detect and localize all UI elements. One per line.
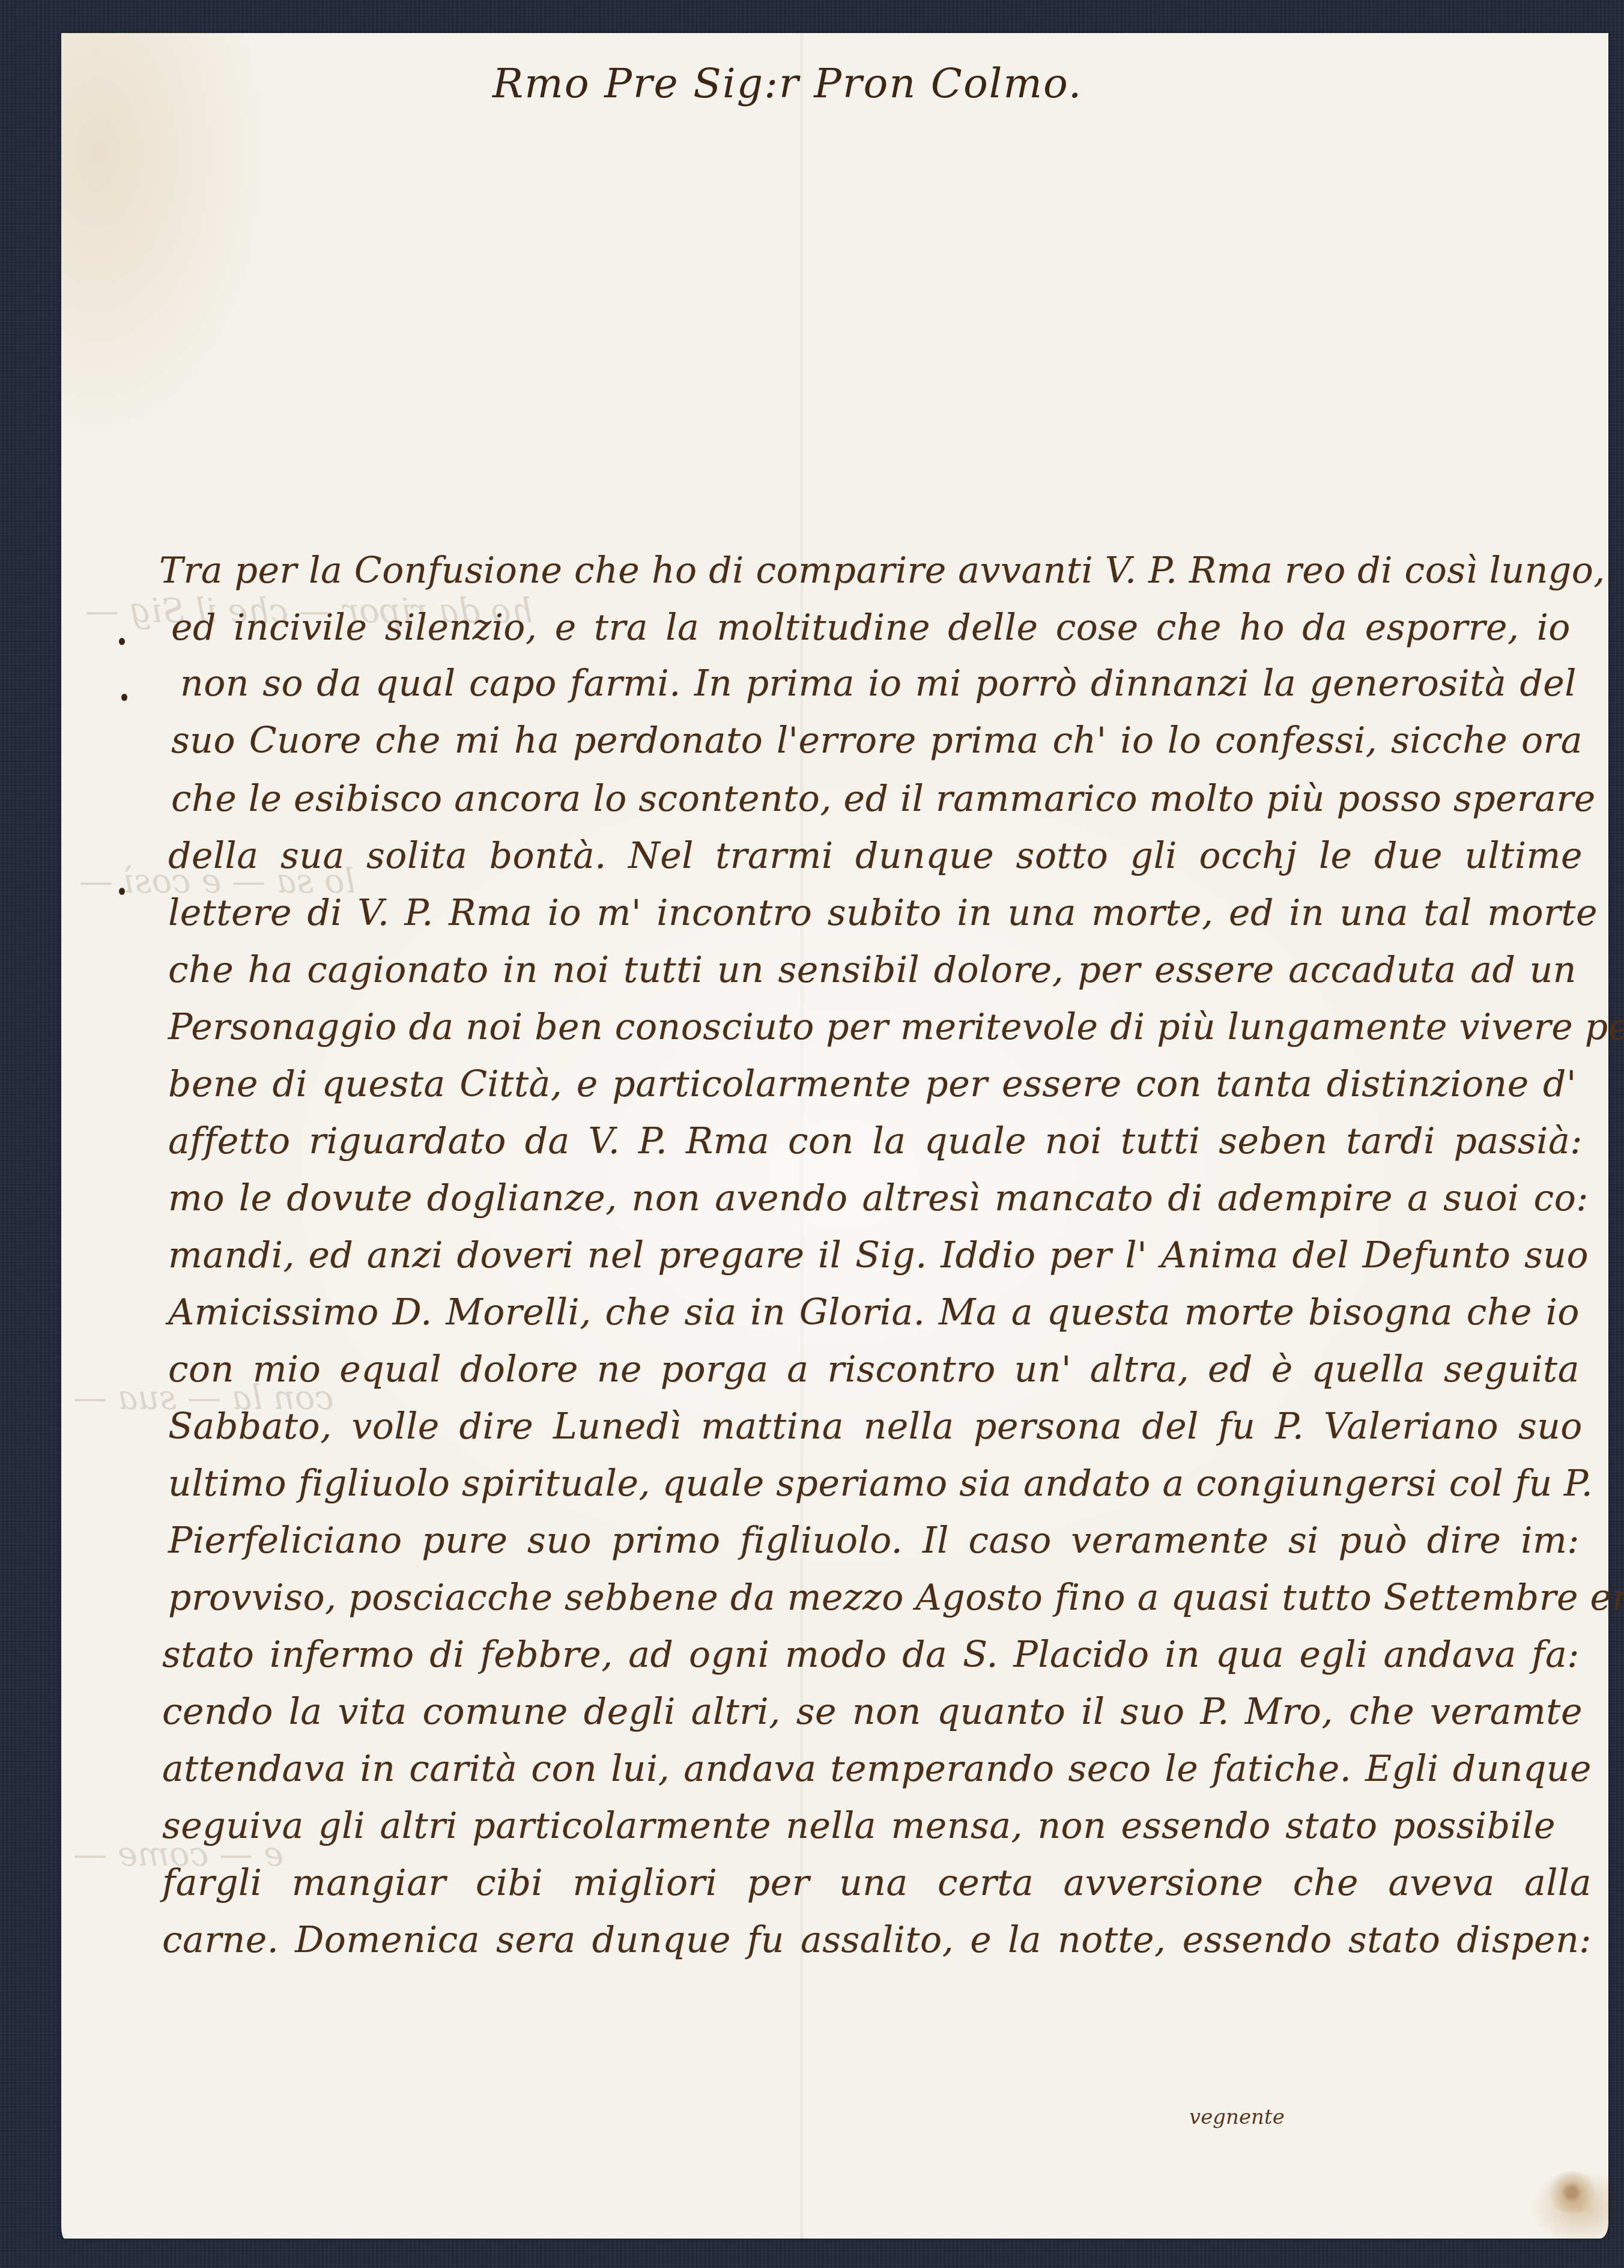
manuscript-line: che ha cagionato in noi tutti un sensibi… <box>168 946 1577 994</box>
margin-mark-dot <box>119 888 125 895</box>
manuscript-line: ultimo figliuolo spirituale, quale speri… <box>168 1460 1583 1508</box>
manuscript-line: carne. Domenica sera dunque fu assalito,… <box>162 1916 1592 1964</box>
margin-mark-dot <box>119 638 125 645</box>
ink-stain <box>1545 2171 1599 2213</box>
manuscript-line: suo Cuore che mi ha perdonato l'errore p… <box>171 717 1583 765</box>
manuscript-line: provviso, posciacche sebbene da mezzo Ag… <box>168 1574 1580 1622</box>
manuscript-line: non so da qual capo farmi. In prima io m… <box>180 659 1577 708</box>
manuscript-line: con mio equal dolore ne porga a riscontr… <box>168 1345 1580 1393</box>
manuscript-line: ed incivile silenzio, e tra la moltitudi… <box>171 604 1571 652</box>
manuscript-line: stato infermo di febbre, ad ogni modo da… <box>162 1631 1580 1679</box>
manuscript-line: Tra per la Confusione che ho di comparir… <box>159 547 1589 595</box>
manuscript-line: mandi, ed anzi doveri nel pregare il Sig… <box>168 1231 1589 1279</box>
manuscript-line: seguiva gli altri particolarmente nella … <box>162 1802 1556 1850</box>
salutation-heading: Rmo Pre Sig:r Pron Colmo. <box>492 60 1082 108</box>
margin-mark-dot <box>121 694 127 701</box>
manuscript-line: bene di questa Città, e particolarmente … <box>168 1060 1577 1108</box>
manuscript-line: attendava in carità con lui, andava temp… <box>162 1745 1592 1793</box>
manuscript-line: Sabbato, volle dire Lunedì mattina nella… <box>168 1402 1583 1451</box>
manuscript-line: cendo la vita comune degli altri, se non… <box>162 1688 1583 1736</box>
manuscript-line: affetto riguardato da V. P. Rma con la q… <box>168 1117 1583 1165</box>
manuscript-line: che le esibisco ancora lo scontento, ed … <box>171 775 1583 823</box>
manuscript-line: Amicissimo D. Morelli, che sia in Gloria… <box>168 1288 1580 1336</box>
manuscript-line: Personaggio da noi ben conosciuto per me… <box>168 1003 1586 1051</box>
interlinear-insertion: vegnente <box>1189 2105 1285 2129</box>
manuscript-line: della sua solita bontà. Nel trarmi dunqu… <box>168 832 1583 880</box>
manuscript-line: Pierfeliciano pure suo primo figliuolo. … <box>168 1517 1580 1565</box>
manuscript-line: lettere di V. P. Rma io m' incontro subi… <box>168 889 1598 937</box>
manuscript-line: mo le dovute doglianze, non avendo altre… <box>168 1174 1589 1222</box>
manuscript-line: fargli mangiar cibi migliori per una cer… <box>162 1859 1592 1907</box>
